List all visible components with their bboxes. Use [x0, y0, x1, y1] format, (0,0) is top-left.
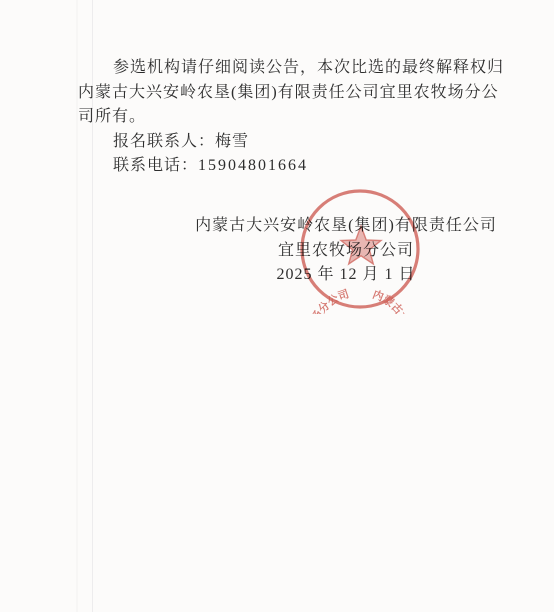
- seal-ring-text: 内蒙古大兴安岭农垦(集团)有限责任公司宜里农牧场分公司: [302, 286, 418, 314]
- contact-person-line: 报名联系人：梅雪: [78, 130, 508, 155]
- signature-date: 2025 年 12 月 1 日: [186, 263, 506, 288]
- signature-company-line2: 宜里农牧场分公司: [186, 239, 506, 264]
- signature-block: 内蒙古大兴安岭农垦(集团)有限责任公司 宜里农牧场分公司 2025 年 12 月…: [186, 214, 506, 288]
- seal-text-path: [313, 296, 407, 314]
- signature-company-line1: 内蒙古大兴安岭农垦(集团)有限责任公司: [186, 214, 506, 239]
- body-text-block: 参选机构请仔细阅读公告，本次比选的最终解释权归 内蒙古大兴安岭农垦(集团)有限责…: [78, 56, 508, 179]
- contact-phone-label: 联系电话：: [113, 157, 198, 174]
- contact-person-value: 梅雪: [215, 133, 249, 150]
- document-page: 参选机构请仔细阅读公告，本次比选的最终解释权归 内蒙古大兴安岭农垦(集团)有限责…: [0, 0, 554, 612]
- contact-person-label: 报名联系人：: [113, 133, 215, 150]
- paragraph-line: 司所有。: [78, 105, 508, 130]
- paragraph-line: 参选机构请仔细阅读公告，本次比选的最终解释权归: [78, 56, 508, 81]
- paragraph-line: 内蒙古大兴安岭农垦(集团)有限责任公司宜里农牧场分公: [78, 81, 508, 106]
- contact-phone-value: 15904801664: [198, 157, 308, 174]
- contact-phone-line: 联系电话：15904801664: [78, 154, 508, 179]
